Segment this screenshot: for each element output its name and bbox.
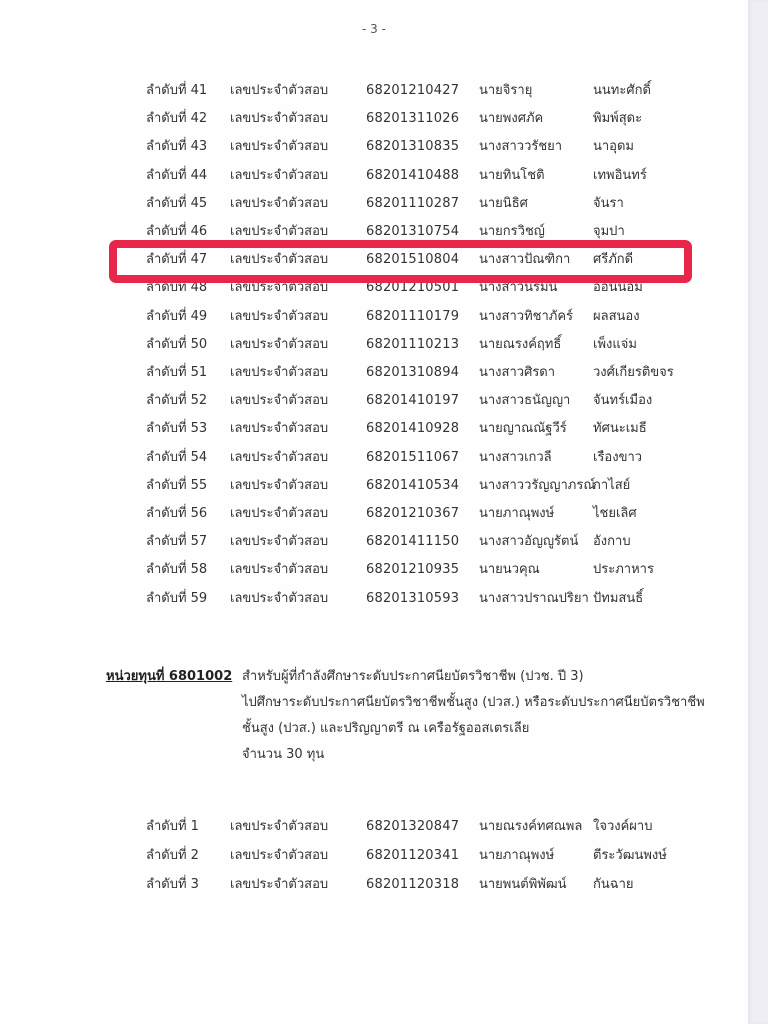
exam-id-label: เลขประจำตัวสอบ — [230, 844, 328, 868]
exam-id-label: เลขประจำตัวสอบ — [230, 873, 328, 897]
candidate-surname: นาอุดม — [593, 135, 634, 159]
exam-id: 68201410488 — [366, 164, 459, 188]
exam-id: 68201210427 — [366, 79, 459, 103]
candidate-surname: พิมพ์สุดะ — [593, 107, 642, 131]
fund-description-line: ไปศึกษาระดับประกาศนียบัตรวิชาชีพชั้นสูง … — [242, 690, 692, 716]
exam-id: 68201310894 — [366, 361, 459, 385]
exam-id-label: เลขประจำตัวสอบ — [230, 815, 328, 839]
candidate-name: นายพงศภัค — [479, 107, 543, 131]
order-number: ลำดับที่ 41 — [146, 79, 207, 103]
candidate-surname: วงศ์เกียรติขจร — [593, 361, 674, 385]
candidate-surname: จันทร์เมือง — [593, 389, 652, 413]
exam-id-label: เลขประจำตัวสอบ — [230, 192, 328, 216]
order-number: ลำดับที่ 2 — [146, 844, 199, 868]
table-row: ลำดับที่ 55เลขประจำตัวสอบ68201410534นางส… — [0, 474, 748, 498]
order-number: ลำดับที่ 51 — [146, 361, 207, 385]
exam-id-label: เลขประจำตัวสอบ — [230, 474, 328, 498]
exam-id-label: เลขประจำตัวสอบ — [230, 333, 328, 357]
candidate-name: นางสาวทิชาภัคร์ — [479, 305, 573, 329]
table-row: ลำดับที่ 43เลขประจำตัวสอบ68201310835นางส… — [0, 135, 748, 159]
candidate-surname: ตีระวัฒนพงษ์ — [593, 844, 667, 868]
candidate-surname: เพ็งแจ่ม — [593, 333, 637, 357]
exam-id: 68201310593 — [366, 587, 459, 611]
page-number: - 3 - — [0, 22, 748, 36]
candidate-surname: กันฉาย — [593, 873, 634, 897]
order-number: ลำดับที่ 55 — [146, 474, 207, 498]
order-number: ลำดับที่ 57 — [146, 530, 207, 554]
table-row: ลำดับที่ 44เลขประจำตัวสอบ68201410488นายท… — [0, 164, 748, 188]
table-row: ลำดับที่ 3เลขประจำตัวสอบ68201120318นายพน… — [0, 873, 748, 897]
candidate-name: นางสาวธนัญญา — [479, 389, 570, 413]
table-row: ลำดับที่ 1เลขประจำตัวสอบ68201320847นายณร… — [0, 815, 748, 839]
table-row: ลำดับที่ 51เลขประจำตัวสอบ68201310894นางส… — [0, 361, 748, 385]
exam-id-label: เลขประจำตัวสอบ — [230, 107, 328, 131]
fund-description: สำหรับผู้ที่กำลังศึกษาระดับประกาศนียบัตร… — [242, 664, 692, 768]
candidate-surname: ใจวงค์ผาบ — [593, 815, 652, 839]
table-row: ลำดับที่ 53เลขประจำตัวสอบ68201410928นายญ… — [0, 417, 748, 441]
order-number: ลำดับที่ 59 — [146, 587, 207, 611]
candidate-name: นายทินโชติ — [479, 164, 545, 188]
exam-id-label: เลขประจำตัวสอบ — [230, 305, 328, 329]
candidate-name: นางสาวเกวลี — [479, 446, 552, 470]
table-row: ลำดับที่ 41เลขประจำตัวสอบ68201210427นายจ… — [0, 79, 748, 103]
exam-id: 68201511067 — [366, 446, 459, 470]
exam-id: 68201410534 — [366, 474, 459, 498]
exam-id: 68201410928 — [366, 417, 459, 441]
candidate-name: นายภาณุพงษ์ — [479, 502, 554, 526]
candidate-name: นายจิรายุ — [479, 79, 532, 103]
exam-id: 68201320847 — [366, 815, 459, 839]
exam-id-label: เลขประจำตัวสอบ — [230, 446, 328, 470]
table-row: ลำดับที่ 57เลขประจำตัวสอบ68201411150นางส… — [0, 530, 748, 554]
document-page: - 3 - ลำดับที่ 41เลขประจำตัวสอบ682012104… — [0, 0, 748, 1024]
viewer-side-strip — [748, 0, 768, 1024]
order-number: ลำดับที่ 54 — [146, 446, 207, 470]
candidate-surname: จันรา — [593, 192, 624, 216]
candidate-surname: เทพอินทร์ — [593, 164, 647, 188]
exam-id-label: เลขประจำตัวสอบ — [230, 135, 328, 159]
order-number: ลำดับที่ 42 — [146, 107, 207, 131]
order-number: ลำดับที่ 44 — [146, 164, 207, 188]
order-number: ลำดับที่ 50 — [146, 333, 207, 357]
candidate-name: นายนวคุณ — [479, 558, 540, 582]
table-row: ลำดับที่ 52เลขประจำตัวสอบ68201410197นางส… — [0, 389, 748, 413]
order-number: ลำดับที่ 56 — [146, 502, 207, 526]
exam-id: 68201120341 — [366, 844, 459, 868]
candidate-name: นางสาวศิรดา — [479, 361, 555, 385]
table-row: ลำดับที่ 49เลขประจำตัวสอบ68201110179นางส… — [0, 305, 748, 329]
order-number: ลำดับที่ 1 — [146, 815, 199, 839]
table-row: ลำดับที่ 50เลขประจำตัวสอบ68201110213นายณ… — [0, 333, 748, 357]
candidate-name: นายนิธิศ — [479, 192, 528, 216]
highlight-annotation-box — [109, 240, 692, 283]
fund-description-line: สำหรับผู้ที่กำลังศึกษาระดับประกาศนียบัตร… — [242, 664, 692, 690]
candidate-name: นายพนต์พิพัฒน์ — [479, 873, 566, 897]
candidate-surname: เรืองขาว — [593, 446, 642, 470]
exam-id-label: เลขประจำตัวสอบ — [230, 361, 328, 385]
order-number: ลำดับที่ 58 — [146, 558, 207, 582]
candidate-surname: ไชยเลิศ — [593, 502, 637, 526]
exam-id-label: เลขประจำตัวสอบ — [230, 79, 328, 103]
exam-id: 68201411150 — [366, 530, 459, 554]
table-row: ลำดับที่ 42เลขประจำตัวสอบ68201311026นายพ… — [0, 107, 748, 131]
exam-id: 68201210367 — [366, 502, 459, 526]
table-row: ลำดับที่ 59เลขประจำตัวสอบ68201310593นางส… — [0, 587, 748, 611]
exam-id-label: เลขประจำตัวสอบ — [230, 417, 328, 441]
candidate-name: นางสาววรัญญาภรณ์ — [479, 474, 595, 498]
candidate-surname: ปัทมสนธิ์ — [593, 587, 643, 611]
exam-id-label: เลขประจำตัวสอบ — [230, 530, 328, 554]
exam-id: 68201311026 — [366, 107, 459, 131]
table-row: ลำดับที่ 54เลขประจำตัวสอบ68201511067นางส… — [0, 446, 748, 470]
candidate-surname: กาไสย์ — [593, 474, 630, 498]
candidate-surname: นนทะศักดิ์ — [593, 79, 651, 103]
candidate-surname: ประภาหาร — [593, 558, 654, 582]
exam-id-label: เลขประจำตัวสอบ — [230, 587, 328, 611]
table-row: ลำดับที่ 2เลขประจำตัวสอบ68201120341นายภา… — [0, 844, 748, 868]
exam-id-label: เลขประจำตัวสอบ — [230, 164, 328, 188]
exam-id: 68201410197 — [366, 389, 459, 413]
fund-quota: จำนวน 30 ทุน — [242, 742, 692, 768]
candidate-name: นายณรงค์ทศณพล — [479, 815, 582, 839]
exam-id: 68201310835 — [366, 135, 459, 159]
candidate-name: นางสาวปราณปริยา — [479, 587, 589, 611]
candidate-name: นายณรงค์ฤทธิ์ — [479, 333, 561, 357]
exam-id: 68201110179 — [366, 305, 459, 329]
exam-id-label: เลขประจำตัวสอบ — [230, 558, 328, 582]
candidate-surname: ผลสนอง — [593, 305, 640, 329]
exam-id: 68201110287 — [366, 192, 459, 216]
candidate-surname: อังกาบ — [593, 530, 631, 554]
exam-id: 68201120318 — [366, 873, 459, 897]
table-row: ลำดับที่ 56เลขประจำตัวสอบ68201210367นายภ… — [0, 502, 748, 526]
order-number: ลำดับที่ 43 — [146, 135, 207, 159]
order-number: ลำดับที่ 52 — [146, 389, 207, 413]
candidate-name: นายญาณณัฐวีร์ — [479, 417, 567, 441]
order-number: ลำดับที่ 49 — [146, 305, 207, 329]
fund-unit-label: หน่วยทุนที่ 6801002 — [106, 664, 232, 690]
exam-id-label: เลขประจำตัวสอบ — [230, 389, 328, 413]
exam-id-label: เลขประจำตัวสอบ — [230, 502, 328, 526]
fund-description-line: ชั้นสูง (ปวส.) และปริญญาตรี ณ เครือรัฐออ… — [242, 716, 692, 742]
exam-id: 68201210935 — [366, 558, 459, 582]
order-number: ลำดับที่ 3 — [146, 873, 199, 897]
table-row: ลำดับที่ 45เลขประจำตัวสอบ68201110287นายน… — [0, 192, 748, 216]
order-number: ลำดับที่ 53 — [146, 417, 207, 441]
candidate-name: นางสาววรัชยา — [479, 135, 562, 159]
candidate-name: นายภาณุพงษ์ — [479, 844, 554, 868]
table-row: ลำดับที่ 58เลขประจำตัวสอบ68201210935นายน… — [0, 558, 748, 582]
candidate-name: นางสาวอัญญูรัตน์ — [479, 530, 578, 554]
exam-id: 68201110213 — [366, 333, 459, 357]
candidate-surname: ทัศนะเมธี — [593, 417, 647, 441]
order-number: ลำดับที่ 45 — [146, 192, 207, 216]
